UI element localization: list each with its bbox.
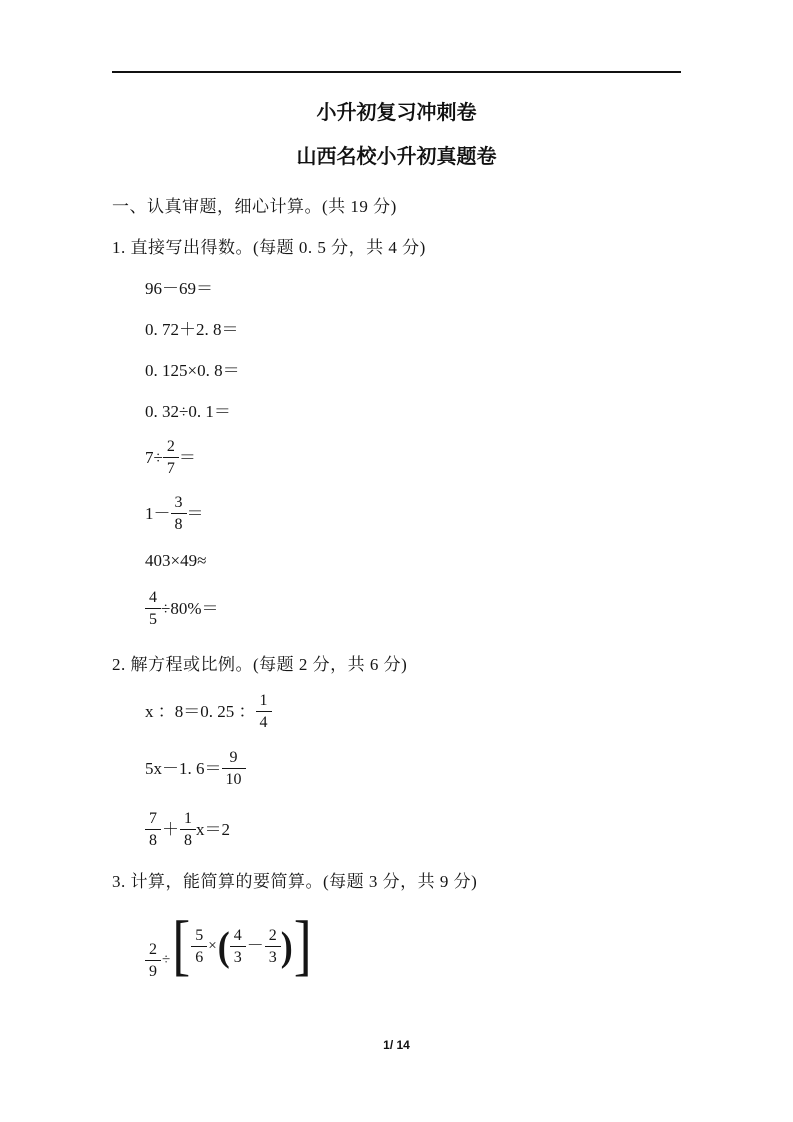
q1-expression-4-5-div-80pct: 4 5 ÷80%＝ — [145, 588, 681, 629]
q1-expression-1-minus-3-8: 1－ 3 8 ＝ — [145, 493, 681, 534]
header-rule — [112, 71, 681, 73]
expression-text: 0. 125×0. 8＝ — [145, 360, 240, 382]
fraction-3-8: 3 8 — [171, 493, 187, 534]
fraction-numerator: 4 — [230, 926, 246, 947]
fraction-numerator: 4 — [145, 588, 161, 609]
expression-text: ÷80%＝ — [161, 598, 219, 620]
fraction-numerator: 7 — [145, 809, 161, 830]
fraction-denominator: 7 — [163, 458, 179, 478]
q3-expression-bracketed: 2 9 ÷ [ 5 6 × ( 4 3 － 2 3 ) ] — [145, 906, 681, 986]
fraction-5-6: 5 6 — [191, 926, 207, 967]
fraction-denominator: 5 — [145, 609, 161, 629]
q1-expression-403-times-49: 403×49≈ — [145, 550, 681, 572]
fraction-numerator: 1 — [180, 809, 196, 830]
expression-text: 7÷ — [145, 447, 163, 469]
left-paren: ( — [218, 928, 230, 963]
plus-operator: ＋ — [161, 819, 180, 841]
fraction-numerator: 2 — [265, 926, 281, 947]
fraction-4-3: 4 3 — [230, 926, 246, 967]
fraction-4-5: 4 5 — [145, 588, 161, 629]
q1-expression-7-div-2-7: 7÷ 2 7 ＝ — [145, 437, 681, 478]
q2-proportion-x-8: x ：8＝0. 25 ： 1 4 — [145, 691, 681, 732]
left-square-bracket: [ — [171, 917, 191, 974]
expression-text: 0. 72＋2. 8＝ — [145, 319, 239, 341]
expression-text: x ：8＝0. 25 ： — [145, 701, 256, 723]
page-title: 小升初复习冲刺卷 — [112, 0, 681, 126]
question-3-label: 3. 计算，能简算的要简算。(每题 3 分，共 9 分) — [112, 870, 681, 894]
expression-text: 1－ — [145, 503, 171, 525]
fraction-denominator: 8 — [171, 514, 187, 534]
expression-text: 403×49≈ — [145, 550, 206, 572]
fraction-2-7: 2 7 — [163, 437, 179, 478]
fraction-denominator: 10 — [222, 769, 246, 789]
fraction-numerator: 3 — [171, 493, 187, 514]
expression-text: 0. 32÷0. 1＝ — [145, 401, 231, 423]
multiply-operator: × — [207, 935, 217, 957]
expression-text: x＝2 — [196, 819, 230, 841]
expression-text: 5x－1. 6＝ — [145, 758, 222, 780]
question-2-label: 2. 解方程或比例。(每题 2 分，共 6 分) — [112, 653, 681, 677]
question-1-label: 1. 直接写出得数。(每题 0. 5 分，共 4 分) — [112, 236, 681, 260]
fraction-numerator: 2 — [163, 437, 179, 458]
fraction-numerator: 2 — [145, 940, 161, 961]
page-number: 1/ 14 — [0, 1038, 793, 1052]
fraction-2-9: 2 9 — [145, 940, 161, 981]
q1-expression-032-div-01: 0. 32÷0. 1＝ — [145, 401, 681, 423]
minus-operator: － — [246, 935, 265, 957]
fraction-1-4: 1 4 — [256, 691, 272, 732]
q1-expression-072-plus-28: 0. 72＋2. 8＝ — [145, 319, 681, 341]
exam-page: 小升初复习冲刺卷 山西名校小升初真题卷 一、认真审题，细心计算。(共 19 分)… — [0, 0, 793, 1122]
fraction-denominator: 8 — [145, 830, 161, 850]
expression-text: ＝ — [179, 447, 196, 469]
right-paren: ) — [281, 928, 293, 963]
q2-equation-7-8-plus-1-8x: 7 8 ＋ 1 8 x＝2 — [145, 809, 681, 850]
fraction-denominator: 9 — [145, 961, 161, 981]
page-content: 小升初复习冲刺卷 山西名校小升初真题卷 一、认真审题，细心计算。(共 19 分)… — [0, 0, 793, 986]
section-1-heading: 一、认真审题，细心计算。(共 19 分) — [112, 195, 681, 219]
fraction-denominator: 3 — [230, 947, 246, 967]
fraction-9-10: 9 10 — [222, 748, 246, 789]
fraction-denominator: 8 — [180, 830, 196, 850]
fraction-7-8: 7 8 — [145, 809, 161, 850]
right-square-bracket: ] — [293, 917, 313, 974]
q1-expression-96-minus-69: 96－69＝ — [145, 278, 681, 300]
fraction-denominator: 6 — [191, 947, 207, 967]
fraction-1-8: 1 8 — [180, 809, 196, 850]
fraction-numerator: 1 — [256, 691, 272, 712]
expression-text: 96－69＝ — [145, 278, 213, 300]
divide-operator: ÷ — [161, 949, 171, 971]
q2-equation-5x: 5x－1. 6＝ 9 10 — [145, 748, 681, 789]
fraction-denominator: 3 — [265, 947, 281, 967]
fraction-numerator: 5 — [191, 926, 207, 947]
page-subtitle: 山西名校小升初真题卷 — [112, 144, 681, 170]
fraction-denominator: 4 — [256, 712, 272, 732]
fraction-numerator: 9 — [222, 748, 246, 769]
expression-text: ＝ — [187, 503, 204, 525]
q1-expression-0125-times-08: 0. 125×0. 8＝ — [145, 360, 681, 382]
fraction-2-3: 2 3 — [265, 926, 281, 967]
